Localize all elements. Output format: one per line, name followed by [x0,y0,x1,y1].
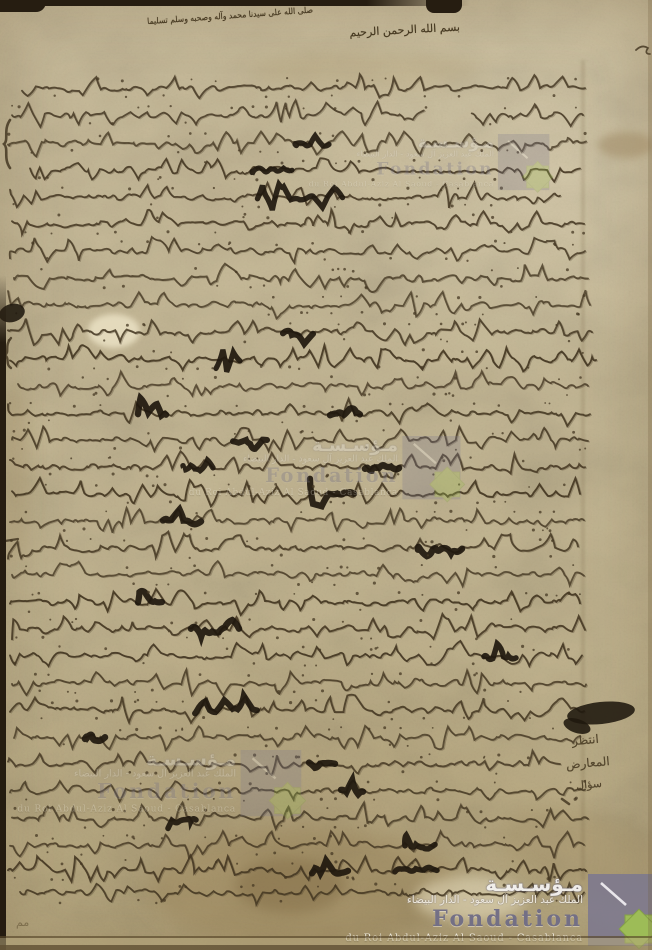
page-edge-bottom [0,945,652,950]
page-edge-top-notch [426,0,462,13]
page-edge-left [0,275,6,950]
margin-dash [5,539,18,541]
page-edge-right-shadow [648,0,652,950]
page-edge-top-corner [0,0,46,12]
manuscript-ink [0,0,652,950]
right-margin-tick [562,799,569,804]
manuscript-page: بسم الله الرحمن الرحيم صلى الله على سيدن… [0,0,652,950]
page-edge-top [0,0,470,6]
